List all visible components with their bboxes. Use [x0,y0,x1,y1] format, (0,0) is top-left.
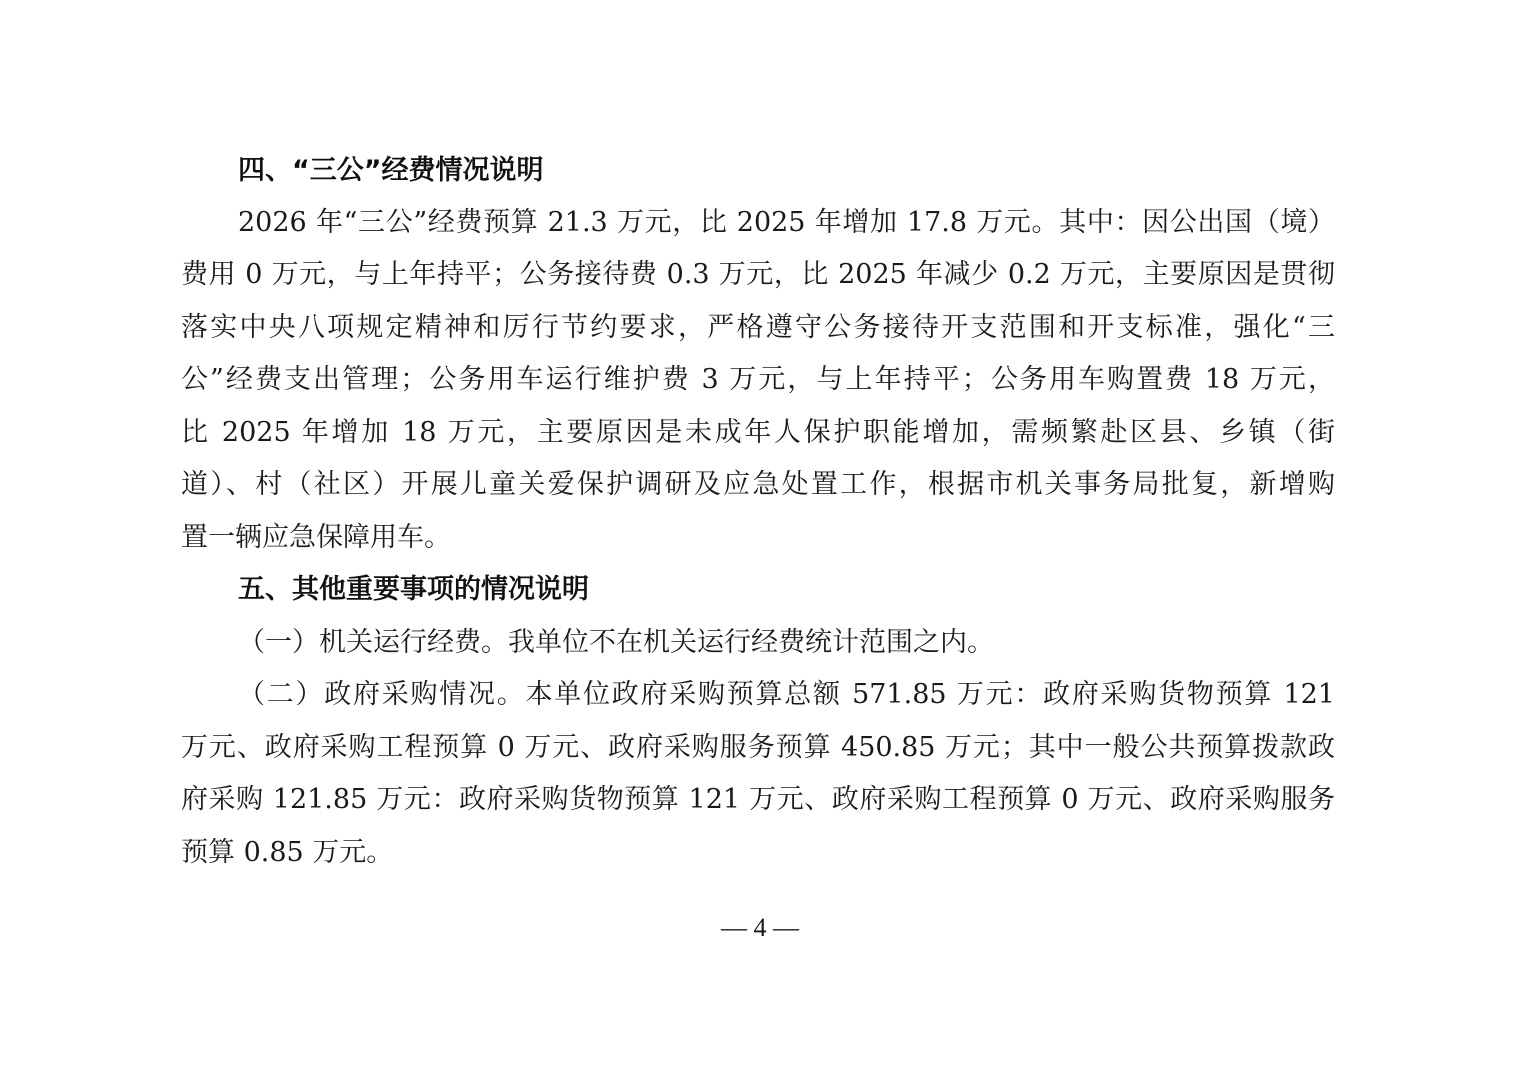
paragraph-line: 2026 年“三公”经费预算 21.3 万元，比 2025 年增加 17.8 万… [238,205,1335,241]
paragraph-line: 公”经费支出管理；公务用车运行维护费 3 万元，与上年持平；公务用车购置费 18… [181,362,1335,398]
paragraph-line: 费用 0 万元，与上年持平；公务接待费 0.3 万元，比 2025 年减少 0.… [181,257,1335,293]
paragraph-line-procurement: 预算 0.85 万元。 [181,835,1335,871]
section-heading-three-public-expenses: 四、“三公”经费情况说明 [238,153,544,189]
paragraph-line-operating-expenses: （一）机关运行经费。我单位不在机关运行经费统计范围之内。 [238,625,1335,661]
paragraph-line: 道）、村（社区）开展儿童关爱保护调研及应急处置工作，根据市机关事务局批复，新增购 [181,467,1335,503]
paragraph-line: 落实中央八项规定精神和厉行节约要求，严格遵守公务接待开支范围和开支标准，强化“三 [181,310,1335,346]
paragraph-line-procurement: （二）政府采购情况。本单位政府采购预算总额 571.85 万元：政府采购货物预算… [238,677,1335,713]
paragraph-line: 置一辆应急保障用车。 [181,520,1335,556]
document-page: 四、“三公”经费情况说明 2026 年“三公”经费预算 21.3 万元，比 20… [0,0,1520,1074]
section-heading-other-matters: 五、其他重要事项的情况说明 [238,572,589,608]
paragraph-line-procurement: 万元、政府采购工程预算 0 万元、政府采购服务预算 450.85 万元；其中一般… [181,730,1335,766]
paragraph-line: 比 2025 年增加 18 万元，主要原因是未成年人保护职能增加，需频繁赴区县、… [181,415,1335,451]
paragraph-line-procurement: 府采购 121.85 万元：政府采购货物预算 121 万元、政府采购工程预算 0… [181,782,1335,818]
page-number: — 4 — [0,910,1520,946]
